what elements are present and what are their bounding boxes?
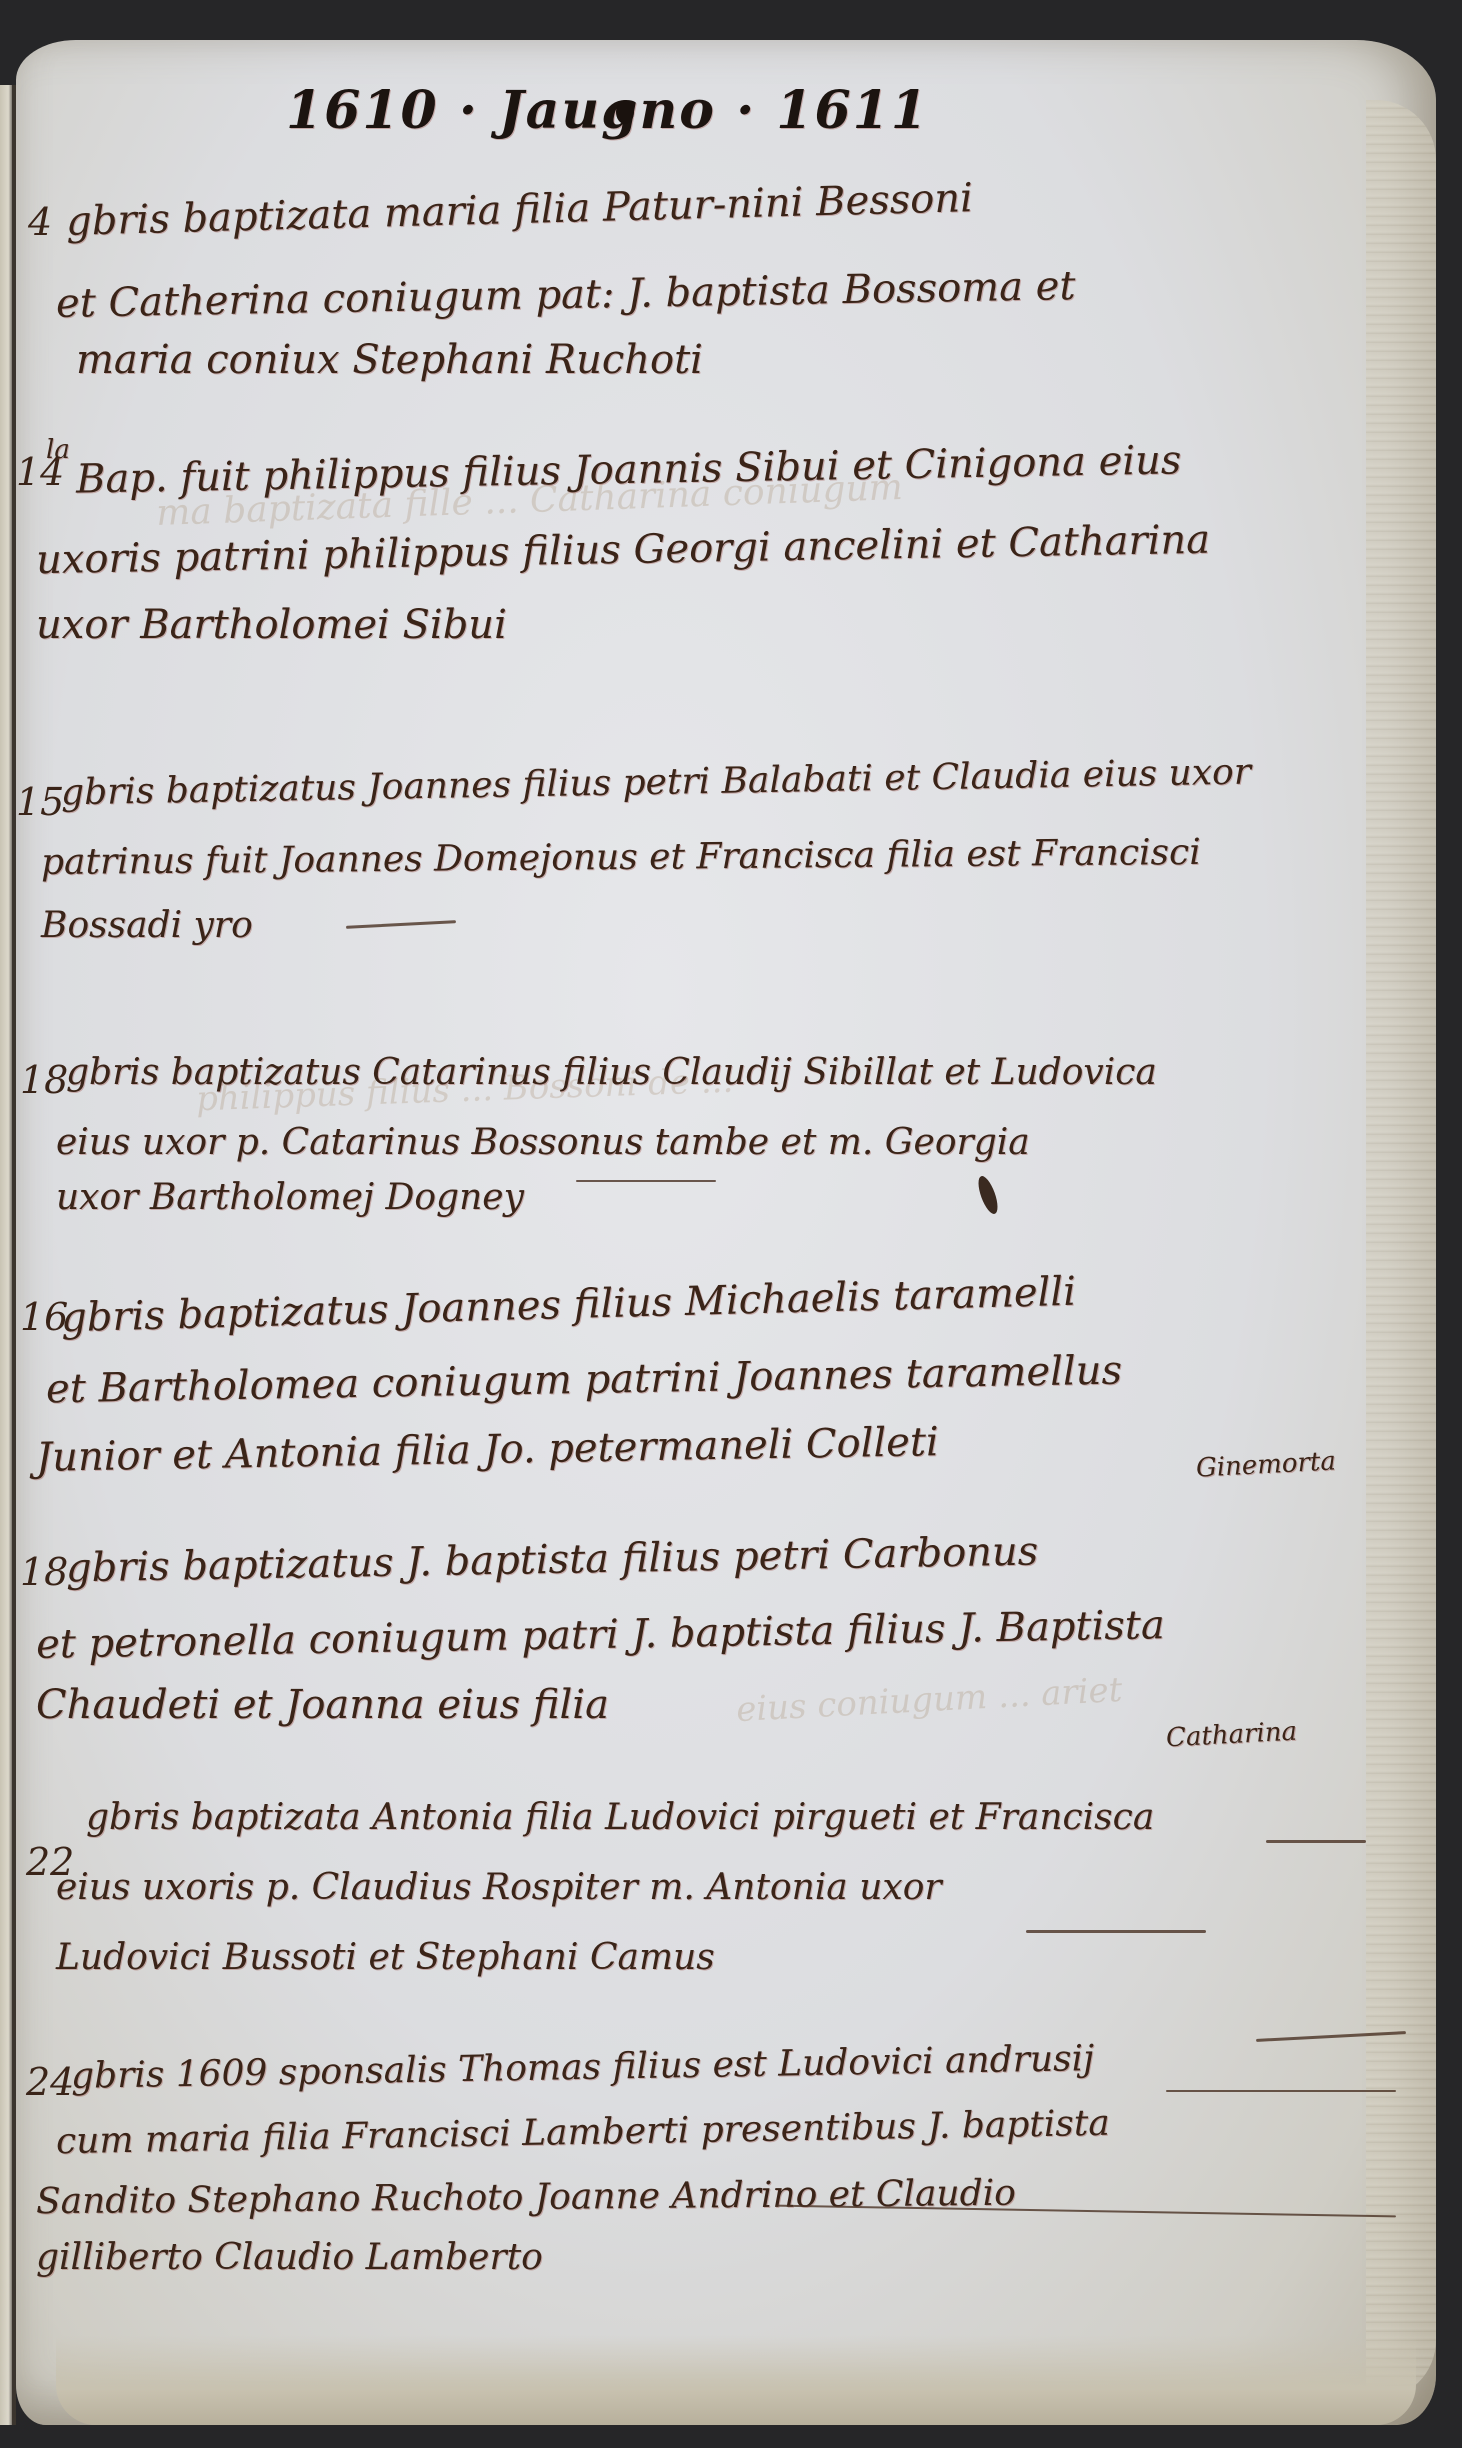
entry-line: Bap. fuit philippus filius Joannis Sibui… — [76, 440, 1182, 499]
entry-line: et Catherina coniugum pat: J. baptista B… — [56, 266, 1076, 324]
entry-line: Ludovici Bussoti et Stephani Camus — [56, 1940, 715, 1976]
entry-line: gbris baptizata Antonia filia Ludovici p… — [86, 1800, 1154, 1836]
entry-line: Bossadi yro — [41, 908, 253, 944]
entry-line: cum maria filia Francisci Lamberti prese… — [56, 2106, 1110, 2160]
entry-day: 15 — [16, 780, 64, 824]
entry-line: gbris baptizatus J. baptista filius petr… — [66, 1532, 1039, 1589]
entry-day: 18 — [20, 1550, 68, 1594]
entry-line: gbris baptizatus Catarinus filius Claudi… — [66, 1055, 1157, 1091]
bleed-through-text: eius coniugum ... ariet — [735, 1670, 1123, 1730]
entry-line: gbris 1609 sponsalis Thomas filius est L… — [71, 2041, 1095, 2095]
ink-blot — [975, 1174, 1002, 1216]
entry-line: eius uxor p. Catarinus Bossonus tambe et… — [56, 1125, 1030, 1161]
page-frayed-right-edge — [1366, 100, 1436, 2400]
strike-through-mark — [1166, 2090, 1396, 2092]
entry-line: et Bartholomea coniugum patrini Joannes … — [46, 1351, 1123, 1410]
entry-line: uxor Bartholomej Dogney — [56, 1180, 524, 1216]
entry-day: 24 — [26, 2060, 74, 2104]
entry-line: patrinus fuit Joannes Domejonus et Franc… — [41, 835, 1201, 881]
entry-line: uxor Bartholomei Sibui — [36, 605, 507, 645]
entry-line: gbris baptizata maria filia Patur-nini B… — [66, 178, 974, 242]
entry-line: gbris baptizatus Joannes filius Michaeli… — [61, 1272, 1077, 1339]
line-filler-dash — [1266, 1840, 1366, 1843]
entry-day: 18 — [20, 1058, 68, 1102]
page-header-years: 1610 · Jaugno · 1611 — [286, 80, 929, 141]
entry-line: Junior et Antonia filia Jo. petermaneli … — [36, 1422, 939, 1478]
entry-line: gbris baptizatus Joannes filius petri Ba… — [61, 755, 1252, 812]
manuscript-scan: ma baptizata fille ... Catharina coniugu… — [0, 0, 1462, 2448]
entry-day: 4 — [28, 200, 52, 244]
line-filler-dash — [1026, 1930, 1206, 1933]
entry-line: Chaudeti et Joanna eius filia — [36, 1685, 609, 1725]
line-filler-dash — [346, 920, 456, 929]
entry-line: et petronella coniugum patri J. baptista… — [36, 1605, 1165, 1665]
entry-line: eius uxoris p. Claudius Rospiter m. Anto… — [56, 1870, 942, 1906]
register-page: ma baptizata fille ... Catharina coniugu… — [16, 40, 1436, 2425]
ink-blot — [616, 100, 634, 124]
entry-day-superscript: la — [46, 435, 70, 465]
entry-line: gilliberto Claudio Lamberto — [36, 2240, 543, 2276]
page-worn-bottom-edge — [56, 2335, 1416, 2425]
entry-line: maria coniux Stephani Ruchoti — [76, 340, 703, 380]
line-filler-dash — [576, 1180, 716, 1182]
margin-note: Ginemorta — [1195, 1446, 1336, 1483]
margin-note: Catharina — [1165, 1717, 1297, 1754]
entry-line: Sandito Stephano Ruchoto Joanne Andrino … — [36, 2176, 1016, 2221]
